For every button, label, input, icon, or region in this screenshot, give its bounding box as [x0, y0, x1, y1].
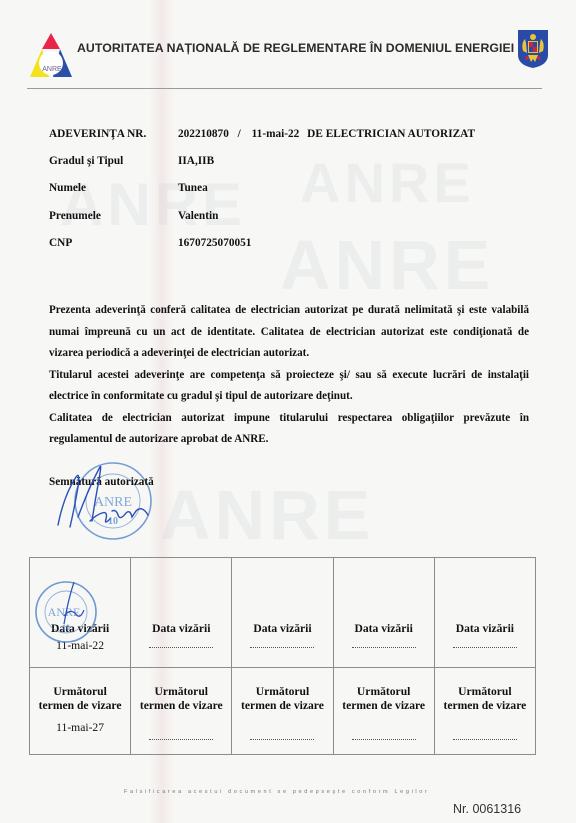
next-term-label-line1: Următorul — [458, 685, 511, 698]
visa-cell-5: Data vizării — [434, 558, 535, 668]
visa-cell-2: Data vizării — [131, 558, 232, 668]
next-term-cell-4: Următorultermen de vizare — [333, 668, 434, 755]
next-term-label-line1: Următorul — [53, 685, 106, 698]
visa-date-label: Data vizării — [232, 622, 332, 635]
next-term-cell-3: Următorultermen de vizare — [232, 668, 333, 755]
field-label-cnp: CNP — [49, 237, 72, 249]
visa-cell-1: ANRE 10 Data vizării 11-mai-22 — [30, 558, 131, 668]
next-term-blank — [453, 731, 517, 740]
logo-label: ANRE — [37, 66, 67, 73]
visa-cell-4: Data vizării — [333, 558, 434, 668]
document-serial-number: Nr. 0061316 — [453, 802, 521, 816]
visa-date-label: Data vizării — [435, 622, 535, 635]
watermark: ANRE — [300, 150, 475, 215]
next-term-label-line2: termen de vizare — [39, 699, 122, 712]
visa-date-label: Data vizării — [30, 622, 130, 635]
certificate-number: 202210870 — [178, 128, 229, 140]
certificate-title-line: 202210870 / 11-mai-22 DE ELECTRICIAN AUT… — [178, 128, 475, 140]
next-term-label: Următorultermen de vizare — [334, 685, 434, 713]
document-header: ANRE AUTORITATEA NAȚIONALĂ DE REGLEMENTA… — [0, 0, 576, 92]
next-term-label: Următorultermen de vizare — [435, 685, 535, 713]
visa-table: ANRE 10 Data vizării 11-mai-22 Data viză… — [29, 557, 536, 755]
field-label-surname: Numele — [49, 182, 86, 194]
header-divider — [27, 88, 542, 89]
visa-date-blank — [352, 639, 416, 648]
forgery-warning: Falsificarea acestui document se pedepse… — [124, 789, 429, 795]
visa-date-label: Data vizării — [334, 622, 434, 635]
certificate-date: 11-mai-22 — [252, 128, 300, 140]
certificate-title-label: ADEVERINŢA NR. — [49, 128, 146, 140]
next-term-label-line2: termen de vizare — [342, 699, 425, 712]
next-term-blank — [250, 731, 314, 740]
field-value-cnp: 1670725070051 — [178, 237, 251, 249]
next-term-blank — [352, 731, 416, 740]
organization-name: AUTORITATEA NAȚIONALĂ DE REGLEMENTARE ÎN… — [77, 41, 514, 55]
field-label-grade: Gradul şi Tipul — [49, 155, 123, 167]
next-term-label: Următorultermen de vizare — [131, 685, 231, 713]
next-term-label-line1: Următorul — [357, 685, 410, 698]
next-term-label-line2: termen de vizare — [443, 699, 526, 712]
terms-paragraph-competence: Titularul acestei adeverinţe are compete… — [49, 365, 529, 408]
visa-date-row: ANRE 10 Data vizării 11-mai-22 Data viză… — [30, 558, 536, 668]
svg-text:ANRE: ANRE — [48, 605, 81, 619]
certificate-terms: Prezenta adeverinţă conferă calitatea de… — [49, 300, 529, 451]
visa-date-blank — [453, 639, 517, 648]
field-value-firstname: Valentin — [178, 210, 218, 222]
watermark: ANRE — [160, 475, 374, 555]
watermark: ANRE — [60, 170, 246, 239]
next-term-row: Următorultermen de vizare 11-mai-27 Urmă… — [30, 668, 536, 755]
next-term-label-line1: Următorul — [256, 685, 309, 698]
terms-paragraph-obligations: Calitatea de electrician autorizat impun… — [49, 408, 529, 451]
handwritten-signature — [50, 455, 160, 535]
next-term-cell-2: Următorultermen de vizare — [131, 668, 232, 755]
visa-cell-3: Data vizării — [232, 558, 333, 668]
visa-date-value: 11-mai-22 — [30, 639, 130, 652]
field-label-firstname: Prenumele — [49, 210, 101, 222]
visa-date-blank — [149, 639, 213, 648]
next-term-label-line2: termen de vizare — [140, 699, 223, 712]
next-term-label: Următorultermen de vizare — [30, 685, 130, 713]
field-value-surname: Tunea — [178, 182, 208, 194]
terms-paragraph-validity: Prezenta adeverinţă conferă calitatea de… — [49, 300, 529, 365]
certificate-title-suffix: DE ELECTRICIAN AUTORIZAT — [307, 128, 475, 140]
watermark: ANRE — [280, 225, 494, 305]
next-term-label-line2: termen de vizare — [241, 699, 324, 712]
romanian-coat-of-arms-icon — [517, 29, 549, 69]
next-term-value: 11-mai-27 — [30, 721, 130, 734]
next-term-cell-5: Următorultermen de vizare — [434, 668, 535, 755]
next-term-blank — [149, 731, 213, 740]
visa-date-label: Data vizării — [131, 622, 231, 635]
separator: / — [238, 128, 241, 140]
next-term-label: Următorultermen de vizare — [232, 685, 332, 713]
next-term-cell-1: Următorultermen de vizare 11-mai-27 — [30, 668, 131, 755]
next-term-label-line1: Următorul — [155, 685, 208, 698]
field-value-grade: IIA,IIB — [178, 155, 214, 167]
visa-date-blank — [250, 639, 314, 648]
